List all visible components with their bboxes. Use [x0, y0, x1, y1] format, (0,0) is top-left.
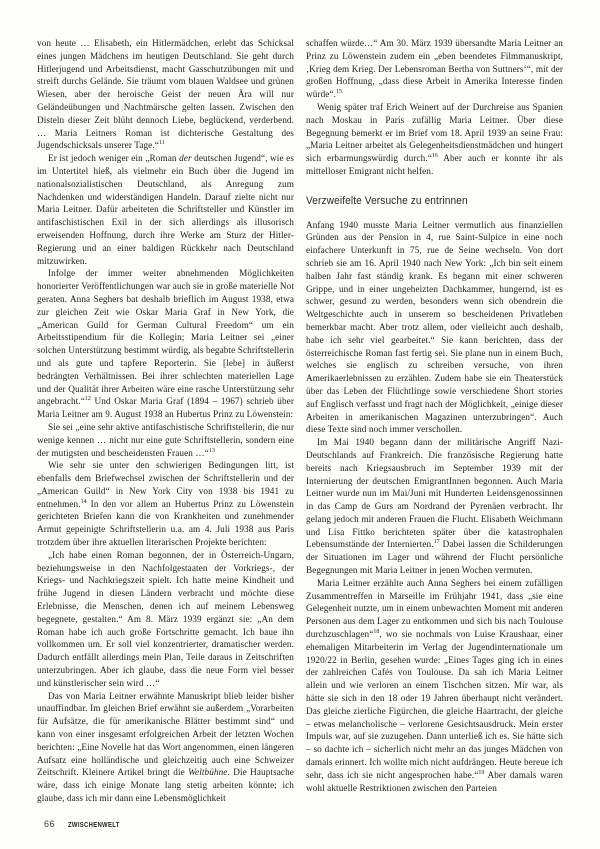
book-page: { "footer": { "page_number": "66", "jour… [0, 0, 600, 849]
paragraph: Wenig später traf Erich Weinert auf der … [306, 101, 563, 178]
page-footer: 66 ZWISCHENWELT [44, 819, 131, 829]
paragraph: Sie sei „eine sehr aktive antifaschistis… [37, 421, 294, 459]
paragraph: Infolge der immer weiter abnehmenden Mög… [37, 267, 294, 421]
left-text-column: von heute … Elisabeth, ein Hitlermädchen… [37, 37, 294, 812]
paragraph: Maria Leitner erzählte auch Anna Seghers… [306, 577, 563, 795]
page-number: 66 [44, 819, 55, 829]
paragraph: Im Mai 1940 begann dann der militärische… [306, 436, 563, 577]
paragraph: Anfang 1940 musste Maria Leitner vermutl… [306, 219, 563, 437]
journal-title: ZWISCHENWELT [68, 820, 120, 829]
section-heading: Verzweifelte Versuche zu entrinnen [306, 195, 548, 208]
paragraph: schaffen würde…“ Am 30. März 1939 übersa… [306, 37, 563, 101]
paragraph: Er ist jedoch weniger ein „Roman der deu… [37, 152, 294, 267]
right-text-column: schaffen würde…“ Am 30. März 1939 übersa… [306, 37, 563, 812]
paragraph: Wie sehr sie unter den schwierigen Bedin… [37, 459, 294, 549]
paragraph: Das von Maria Leitner erwähnte Manuskrip… [37, 690, 294, 805]
paragraph: „Ich habe einen Roman begonnen, der in Ö… [37, 549, 294, 690]
page-background: von heute … Elisabeth, ein Hitlermädchen… [0, 0, 600, 849]
paragraph: von heute … Elisabeth, ein Hitlermädchen… [37, 37, 294, 152]
